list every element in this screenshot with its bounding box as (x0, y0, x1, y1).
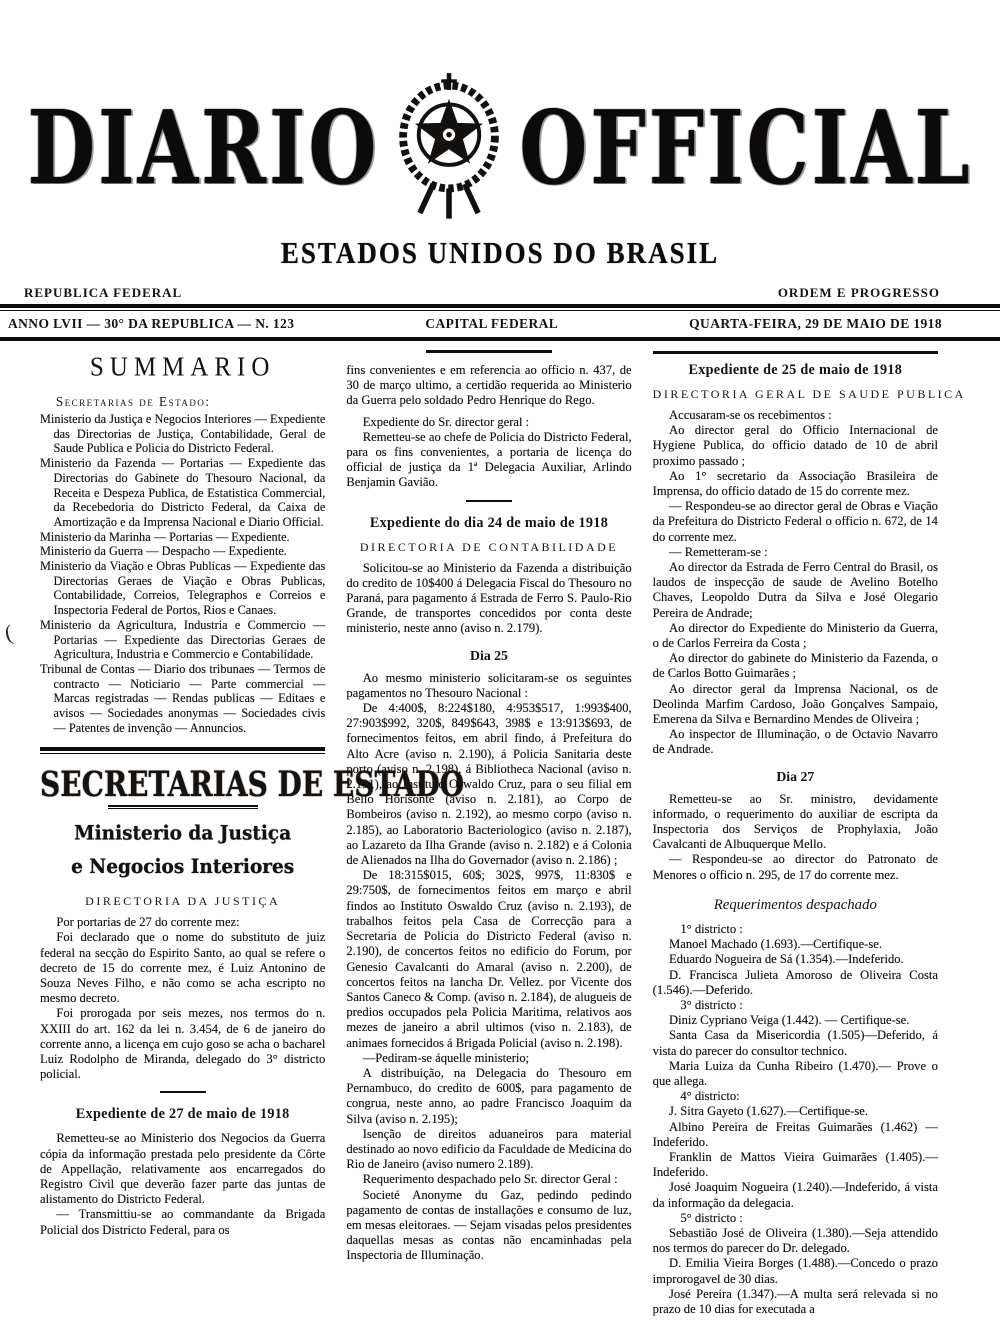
requerimento-entry: José Joaquim Nogueira (1.240).—Indeferid… (653, 1180, 938, 1210)
summario-item: Ministerio da Agricultura, Industria e C… (40, 618, 325, 662)
column-top-rule (653, 351, 938, 354)
summario-item: Ministerio da Marinha — Portarias — Expe… (40, 530, 325, 545)
paragraph: Ao director geral do Officio Internacion… (653, 423, 938, 469)
column-top-rule (426, 350, 552, 353)
section-title-underline (108, 805, 258, 809)
column-1: SUMMARIO Secretarias de Estado: Minister… (40, 350, 325, 1238)
masthead: DIARIO (0, 0, 1000, 341)
paragraph: Solicitou-se ao Ministerio da Fazenda a … (346, 561, 631, 637)
paragraph: De 18:315$015, 60$; 302$, 997$, 11:830$ … (346, 868, 631, 1050)
column-2: fins convenientes e em referencia ao off… (346, 350, 631, 1264)
paragraph: Remetteu-se ao Ministerio dos Negocios d… (40, 1131, 325, 1207)
paragraph: — Transmittiu-se ao commandante da Briga… (40, 1207, 325, 1237)
newspaper-page: DIARIO (0, 0, 1000, 1340)
district-heading: 5° districto : (653, 1211, 938, 1226)
directoria-heading: DIRECTORIA DA JUSTIÇA (40, 894, 325, 909)
requerimento-entry: D. Francisca Julieta Amoroso de Oliveira… (653, 968, 938, 998)
paragraph: Remetteu-se ao Sr. ministro, devidamente… (653, 792, 938, 853)
section-divider (466, 500, 512, 502)
paragraph: Societé Anonyme du Gaz, pedindo pedindo … (346, 1188, 631, 1264)
paragraph: Remetteu-se ao chefe de Policia do Distr… (346, 430, 631, 491)
masthead-subtitle: ESTADOS UNIDOS DO BRASIL (0, 236, 1000, 271)
summario-item: Ministerio da Justiça e Negocios Interio… (40, 412, 325, 456)
district-heading: 4° districto: (653, 1089, 938, 1104)
paragraph: fins convenientes e em referencia ao off… (346, 363, 631, 409)
dia-heading: Dia 25 (346, 648, 631, 664)
paragraph: Ao director da Estrada de Ferro Central … (653, 560, 938, 621)
requerimento-entry: Eduardo Nogueira de Sá (1.354).—Indeferi… (653, 952, 938, 967)
district-heading: 3° districto : (653, 998, 938, 1013)
dia-heading: Dia 27 (653, 769, 938, 785)
paragraph: — Remetteram-se : (653, 545, 938, 560)
issue-date: QUARTA-FEIRA, 29 DE MAIO DE 1918 (689, 316, 942, 332)
requerimento-entry: J. Sitra Gayeto (1.627).—Certifique-se. (653, 1104, 938, 1119)
paragraph: Accusaram-se os recebimentos : (653, 408, 938, 423)
paragraph: Ao director do Expediente do Ministerio … (653, 621, 938, 651)
column-3: Expediente de 25 de maio de 1918 DIRECTO… (653, 350, 938, 1317)
paragraph: Requerimento despachado pelo Sr. directo… (346, 1172, 631, 1187)
issue-place: CAPITAL FEDERAL (425, 316, 558, 332)
brazil-coat-of-arms-icon (393, 72, 505, 227)
paragraph: Expediente do Sr. director geral : (346, 415, 631, 430)
paragraph: — Respondeu-se ao director do Patronato … (653, 852, 938, 882)
directoria-heading: DIRECTORIA GERAL DE SAUDE PUBLICA (653, 387, 938, 402)
requerimento-entry: D. Emilia Vieira Borges (1.488).—Concedo… (653, 1256, 938, 1286)
requerimento-entry: Manoel Machado (1.693).—Certifique-se. (653, 937, 938, 952)
paragraph: Ao mesmo ministerio solicitaram-se os se… (346, 671, 631, 701)
requerimento-entry: Albino Pereira de Freitas Guimarães (1.4… (653, 1120, 938, 1150)
masthead-title-left: DIARIO (27, 98, 379, 199)
requerimento-entry: Santa Casa da Misericordia (1.505)—Defer… (653, 1028, 938, 1058)
header-rule-top (0, 304, 1000, 311)
requerimento-entry: Maria Luiza da Cunha Ribeiro (1.470).— P… (653, 1059, 938, 1089)
requerimentos-heading: Requerimentos despachado (653, 897, 938, 914)
summario-item: Ministerio da Fazenda — Portarias — Expe… (40, 456, 325, 530)
summario-item: Ministerio da Guerra — Despacho — Expedi… (40, 544, 325, 559)
motto-left: REPUBLICA FEDERAL (24, 285, 182, 301)
paragraph: Por portarias de 27 do corrente mez: (40, 915, 325, 930)
district-heading: 1° districto : (653, 922, 938, 937)
paragraph: Ao inspector de Illuminação, o de Octavi… (653, 727, 938, 757)
paragraph: Ao director geral da Imprensa Nacional, … (653, 682, 938, 728)
paragraph: Foi declarado que o nome do substituto d… (40, 930, 325, 1006)
directoria-heading: DIRECTORIA DE CONTABILIDADE (346, 540, 631, 555)
expediente-heading: Expediente do dia 24 de maio de 1918 (346, 515, 631, 532)
paragraph: — Respondeu-se ao director geral de Obra… (653, 499, 938, 545)
expediente-heading: Expediente de 27 de maio de 1918 (40, 1106, 325, 1123)
paragraph: Ao director do gabinete do Ministerio da… (653, 651, 938, 681)
paragraph: Ao 1° secretario da Associação Brasileir… (653, 469, 938, 499)
expediente-heading: Expediente de 25 de maio de 1918 (653, 362, 938, 379)
requerimento-entry: Franklin de Mattos Vieira Guimarães (1.4… (653, 1150, 938, 1180)
requerimento-entry: Sebastião José de Oliveira (1.380).—Seja… (653, 1226, 938, 1256)
columns: SUMMARIO Secretarias de Estado: Minister… (0, 341, 1000, 1317)
paragraph: —Pediram-se áquelle ministerio; (346, 1051, 631, 1066)
summario-item: Tribunal de Contas — Diario dos tribunae… (40, 662, 325, 736)
summario-subtitle: Secretarias de Estado: (40, 394, 325, 410)
section-divider (160, 1091, 206, 1093)
requerimento-entry: Diniz Cypriano Veiga (1.442). — Certifiq… (653, 1013, 938, 1028)
issue-number: ANNO LVII — 30° DA REPUBLICA — N. 123 (8, 316, 294, 332)
section-title: SECRETARIAS DE ESTADO (40, 765, 325, 805)
section-rule (40, 747, 325, 754)
paragraph: A distribuição, na Delegacia do Thesouro… (346, 1066, 631, 1127)
masthead-title-right: OFFICIAL (519, 98, 972, 199)
summario-item: Ministerio da Viação e Obras Publicas — … (40, 559, 325, 618)
motto-right: ORDEM E PROGRESSO (778, 285, 940, 301)
paragraph: Isenção de direitos aduaneiros para mate… (346, 1127, 631, 1173)
ministry-title: Ministerio da Justiça e Negocios Interio… (65, 818, 300, 886)
summario-title: SUMMARIO (40, 353, 325, 383)
paragraph: Foi prorogada por seis mezes, nos termos… (40, 1006, 325, 1082)
requerimento-entry: José Pereira (1.347).—A multa será relev… (653, 1287, 938, 1317)
